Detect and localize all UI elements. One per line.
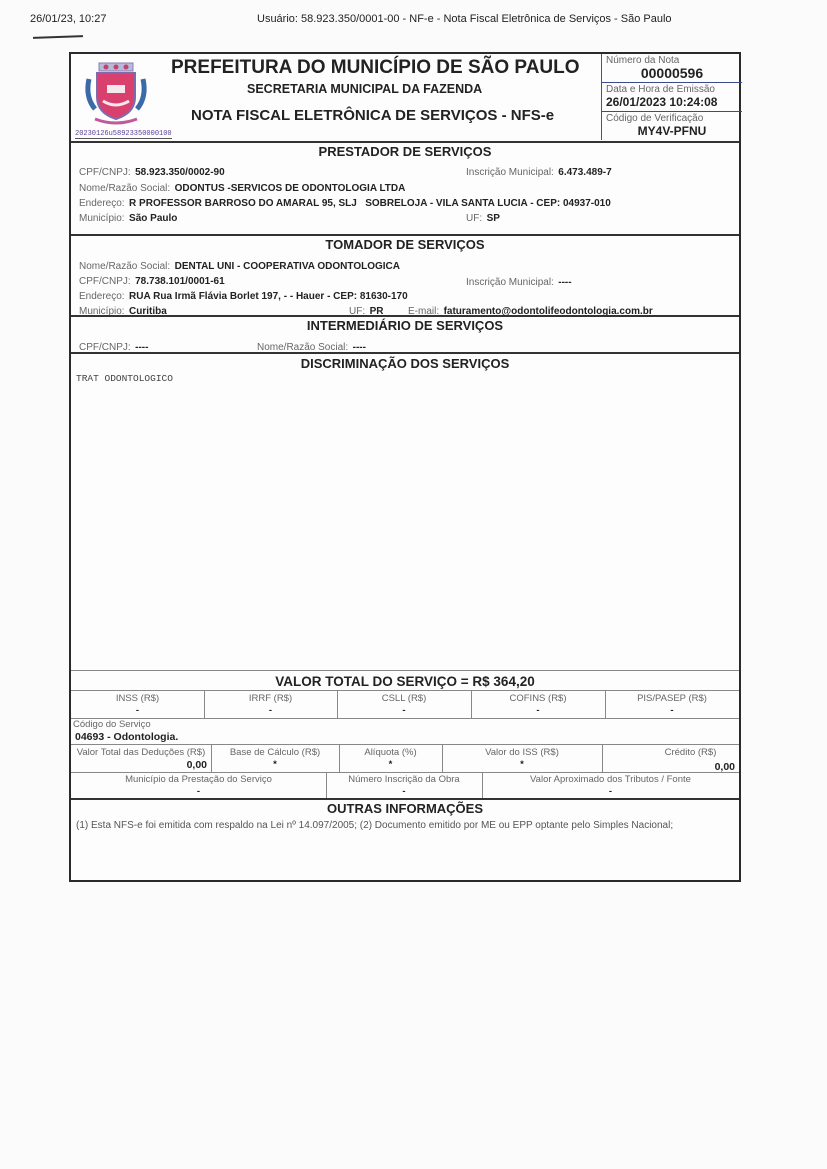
- print-datetime: 26/01/23, 10:27: [30, 13, 106, 25]
- tomador-title: TOMADOR DE SERVIÇOS: [71, 237, 739, 252]
- base-calculo-cell: Base de Cálculo (R$)*: [211, 747, 339, 770]
- pis-pasep-cell: PIS/PASEP (R$)-: [605, 693, 739, 716]
- deducoes-cell: Valor Total das Deduções (R$)0,00: [71, 747, 211, 771]
- calculo-row: Valor Total das Deduções (R$)0,00 Base d…: [71, 745, 739, 773]
- outras-informacoes-text: (1) Esta NFS-e foi emitida com respaldo …: [76, 820, 716, 832]
- municipio-prestacao-cell: Município da Prestação do Serviço-: [71, 774, 326, 797]
- inss-cell: INSS (R$)-: [71, 693, 204, 716]
- cofins-cell: COFINS (R$)-: [471, 693, 605, 716]
- document-title: NOTA FISCAL ELETRÔNICA DE SERVIÇOS - NFS…: [191, 107, 554, 124]
- print-title: Usuário: 58.923.350/0001-00 - NF-e - Not…: [257, 13, 672, 25]
- prestador-uf: UF: SP: [466, 208, 500, 226]
- discriminacao-text: TRAT ODONTOLOGICO: [76, 373, 173, 384]
- codigo-servico-label: Código do Serviço: [73, 719, 151, 730]
- intermediario-title: INTERMEDIÁRIO DE SERVIÇOS: [71, 318, 739, 333]
- barcode-text: 20230126u58923350000100: [75, 130, 172, 139]
- prestador-municipio: Município: São Paulo: [79, 208, 177, 226]
- page-title: PREFEITURA DO MUNICÍPIO DE SÃO PAULO: [171, 57, 580, 79]
- valor-iss-cell: Valor do ISS (R$)*: [442, 747, 602, 770]
- prestador-im: Inscrição Municipal: 6.473.489-7: [466, 162, 612, 180]
- nota-info-box: Número da Nota 00000596 Data e Hora de E…: [601, 54, 742, 140]
- credito-cell: Crédito (R$)0,00: [602, 747, 739, 773]
- codigo-verificacao-value: MY4V-PFNU: [602, 124, 742, 138]
- data-emissao-label: Data e Hora de Emissão: [606, 84, 715, 95]
- valor-tributos-cell: Valor Aproximado dos Tributos / Fonte-: [482, 774, 739, 797]
- page-subtitle: SECRETARIA MUNICIPAL DA FAZENDA: [247, 82, 482, 96]
- outras-informacoes-title: OUTRAS INFORMAÇÕES: [71, 801, 739, 816]
- pen-mark: [33, 35, 83, 39]
- codigo-servico-value: 04693 - Odontologia.: [75, 731, 178, 743]
- data-emissao-value: 26/01/2023 10:24:08: [606, 95, 717, 109]
- numero-value: 00000596: [602, 65, 742, 81]
- coat-of-arms-icon: [81, 57, 151, 129]
- valor-total: VALOR TOTAL DO SERVIÇO = R$ 364,20: [71, 674, 739, 689]
- tomador-im: Inscrição Municipal: ----: [466, 272, 572, 290]
- discriminacao-title: DISCRIMINAÇÃO DOS SERVIÇOS: [71, 356, 739, 371]
- codigo-verificacao-label: Código de Verificação: [606, 113, 703, 124]
- csll-cell: CSLL (R$)-: [337, 693, 471, 716]
- irrf-cell: IRRF (R$)-: [204, 693, 337, 716]
- inscricao-obra-cell: Número Inscrição da Obra-: [326, 774, 482, 797]
- prestador-title: PRESTADOR DE SERVIÇOS: [71, 144, 739, 159]
- prestacao-row: Município da Prestação do Serviço- Númer…: [71, 773, 739, 799]
- aliquota-cell: Alíquota (%)*: [339, 747, 442, 770]
- impostos-row: INSS (R$)- IRRF (R$)- CSLL (R$)- COFINS …: [71, 691, 739, 719]
- nfse-document: 20230126u58923350000100 PREFEITURA DO MU…: [69, 52, 741, 882]
